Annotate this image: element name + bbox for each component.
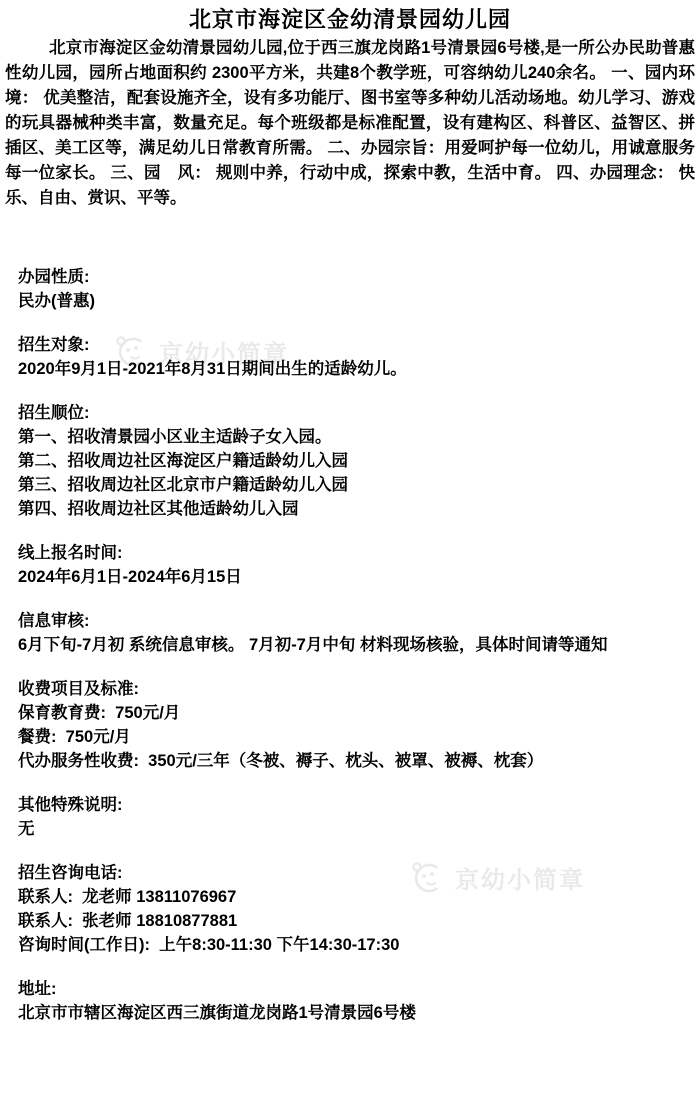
section-line: 北京市市辖区海淀区西三旗街道龙岗路1号清景园6号楼 — [18, 1001, 682, 1025]
section-line: 民办(普惠) — [18, 289, 682, 313]
section-heading: 招生顺位: — [18, 401, 682, 425]
document-page: 京幼小简章 京幼小简章 北京市海淀区金幼清景园幼儿园 北京市海淀区金幼清景园幼儿… — [0, 0, 700, 1108]
sections: 办园性质: 民办(普惠) 招生对象: 2020年9月1日-2021年8月31日期… — [18, 265, 682, 1025]
section-contact: 招生咨询电话: 联系人: 龙老师 13811076967 联系人: 张老师 18… — [18, 861, 682, 957]
section-nature: 办园性质: 民办(普惠) — [18, 265, 682, 313]
intro-paragraph: 北京市海淀区金幼清景园幼儿园,位于西三旗龙岗路1号清景园6号楼,是一所公办民助普… — [5, 36, 695, 211]
section-line: 联系人: 龙老师 13811076967 — [18, 885, 682, 909]
section-line: 联系人: 张老师 18810877881 — [18, 909, 682, 933]
section-line: 2020年9月1日-2021年8月31日期间出生的适龄幼儿。 — [18, 357, 682, 381]
section-line: 2024年6月1日-2024年6月15日 — [18, 565, 682, 589]
section-line: 第一、招收清景园小区业主适龄子女入园。 — [18, 425, 682, 449]
section-line: 6月下旬-7月初 系统信息审核。 7月初-7月中旬 材料现场核验，具体时间请等通… — [18, 633, 682, 657]
section-address: 地址: 北京市市辖区海淀区西三旗街道龙岗路1号清景园6号楼 — [18, 977, 682, 1025]
page-title: 北京市海淀区金幼清景园幼儿园 — [0, 6, 700, 34]
section-info-review: 信息审核: 6月下旬-7月初 系统信息审核。 7月初-7月中旬 材料现场核验，具… — [18, 609, 682, 657]
section-signup-time: 线上报名时间: 2024年6月1日-2024年6月15日 — [18, 541, 682, 589]
section-line: 代办服务性收费: 350元/三年（冬被、褥子、枕头、被罩、被褥、枕套） — [18, 749, 682, 773]
section-fees: 收费项目及标准: 保育教育费: 750元/月 餐费: 750元/月 代办服务性收… — [18, 677, 682, 773]
section-line: 咨询时间(工作日): 上午8:30-11:30 下午14:30-17:30 — [18, 933, 682, 957]
section-heading: 招生咨询电话: — [18, 861, 682, 885]
section-line: 无 — [18, 817, 682, 841]
section-line: 第四、招收周边社区其他适龄幼儿入园 — [18, 497, 682, 521]
section-target: 招生对象: 2020年9月1日-2021年8月31日期间出生的适龄幼儿。 — [18, 333, 682, 381]
section-line: 保育教育费: 750元/月 — [18, 701, 682, 725]
section-heading: 信息审核: — [18, 609, 682, 633]
section-heading: 办园性质: — [18, 265, 682, 289]
section-heading: 其他特殊说明: — [18, 793, 682, 817]
section-heading: 线上报名时间: — [18, 541, 682, 565]
section-line: 第三、招收周边社区北京市户籍适龄幼儿入园 — [18, 473, 682, 497]
section-heading: 地址: — [18, 977, 682, 1001]
section-line: 第二、招收周边社区海淀区户籍适龄幼儿入园 — [18, 449, 682, 473]
document-content: 北京市海淀区金幼清景园幼儿园 北京市海淀区金幼清景园幼儿园,位于西三旗龙岗路1号… — [0, 0, 700, 1025]
section-special-notes: 其他特殊说明: 无 — [18, 793, 682, 841]
section-heading: 收费项目及标准: — [18, 677, 682, 701]
section-line: 餐费: 750元/月 — [18, 725, 682, 749]
section-heading: 招生对象: — [18, 333, 682, 357]
section-priority-order: 招生顺位: 第一、招收清景园小区业主适龄子女入园。 第二、招收周边社区海淀区户籍… — [18, 401, 682, 521]
